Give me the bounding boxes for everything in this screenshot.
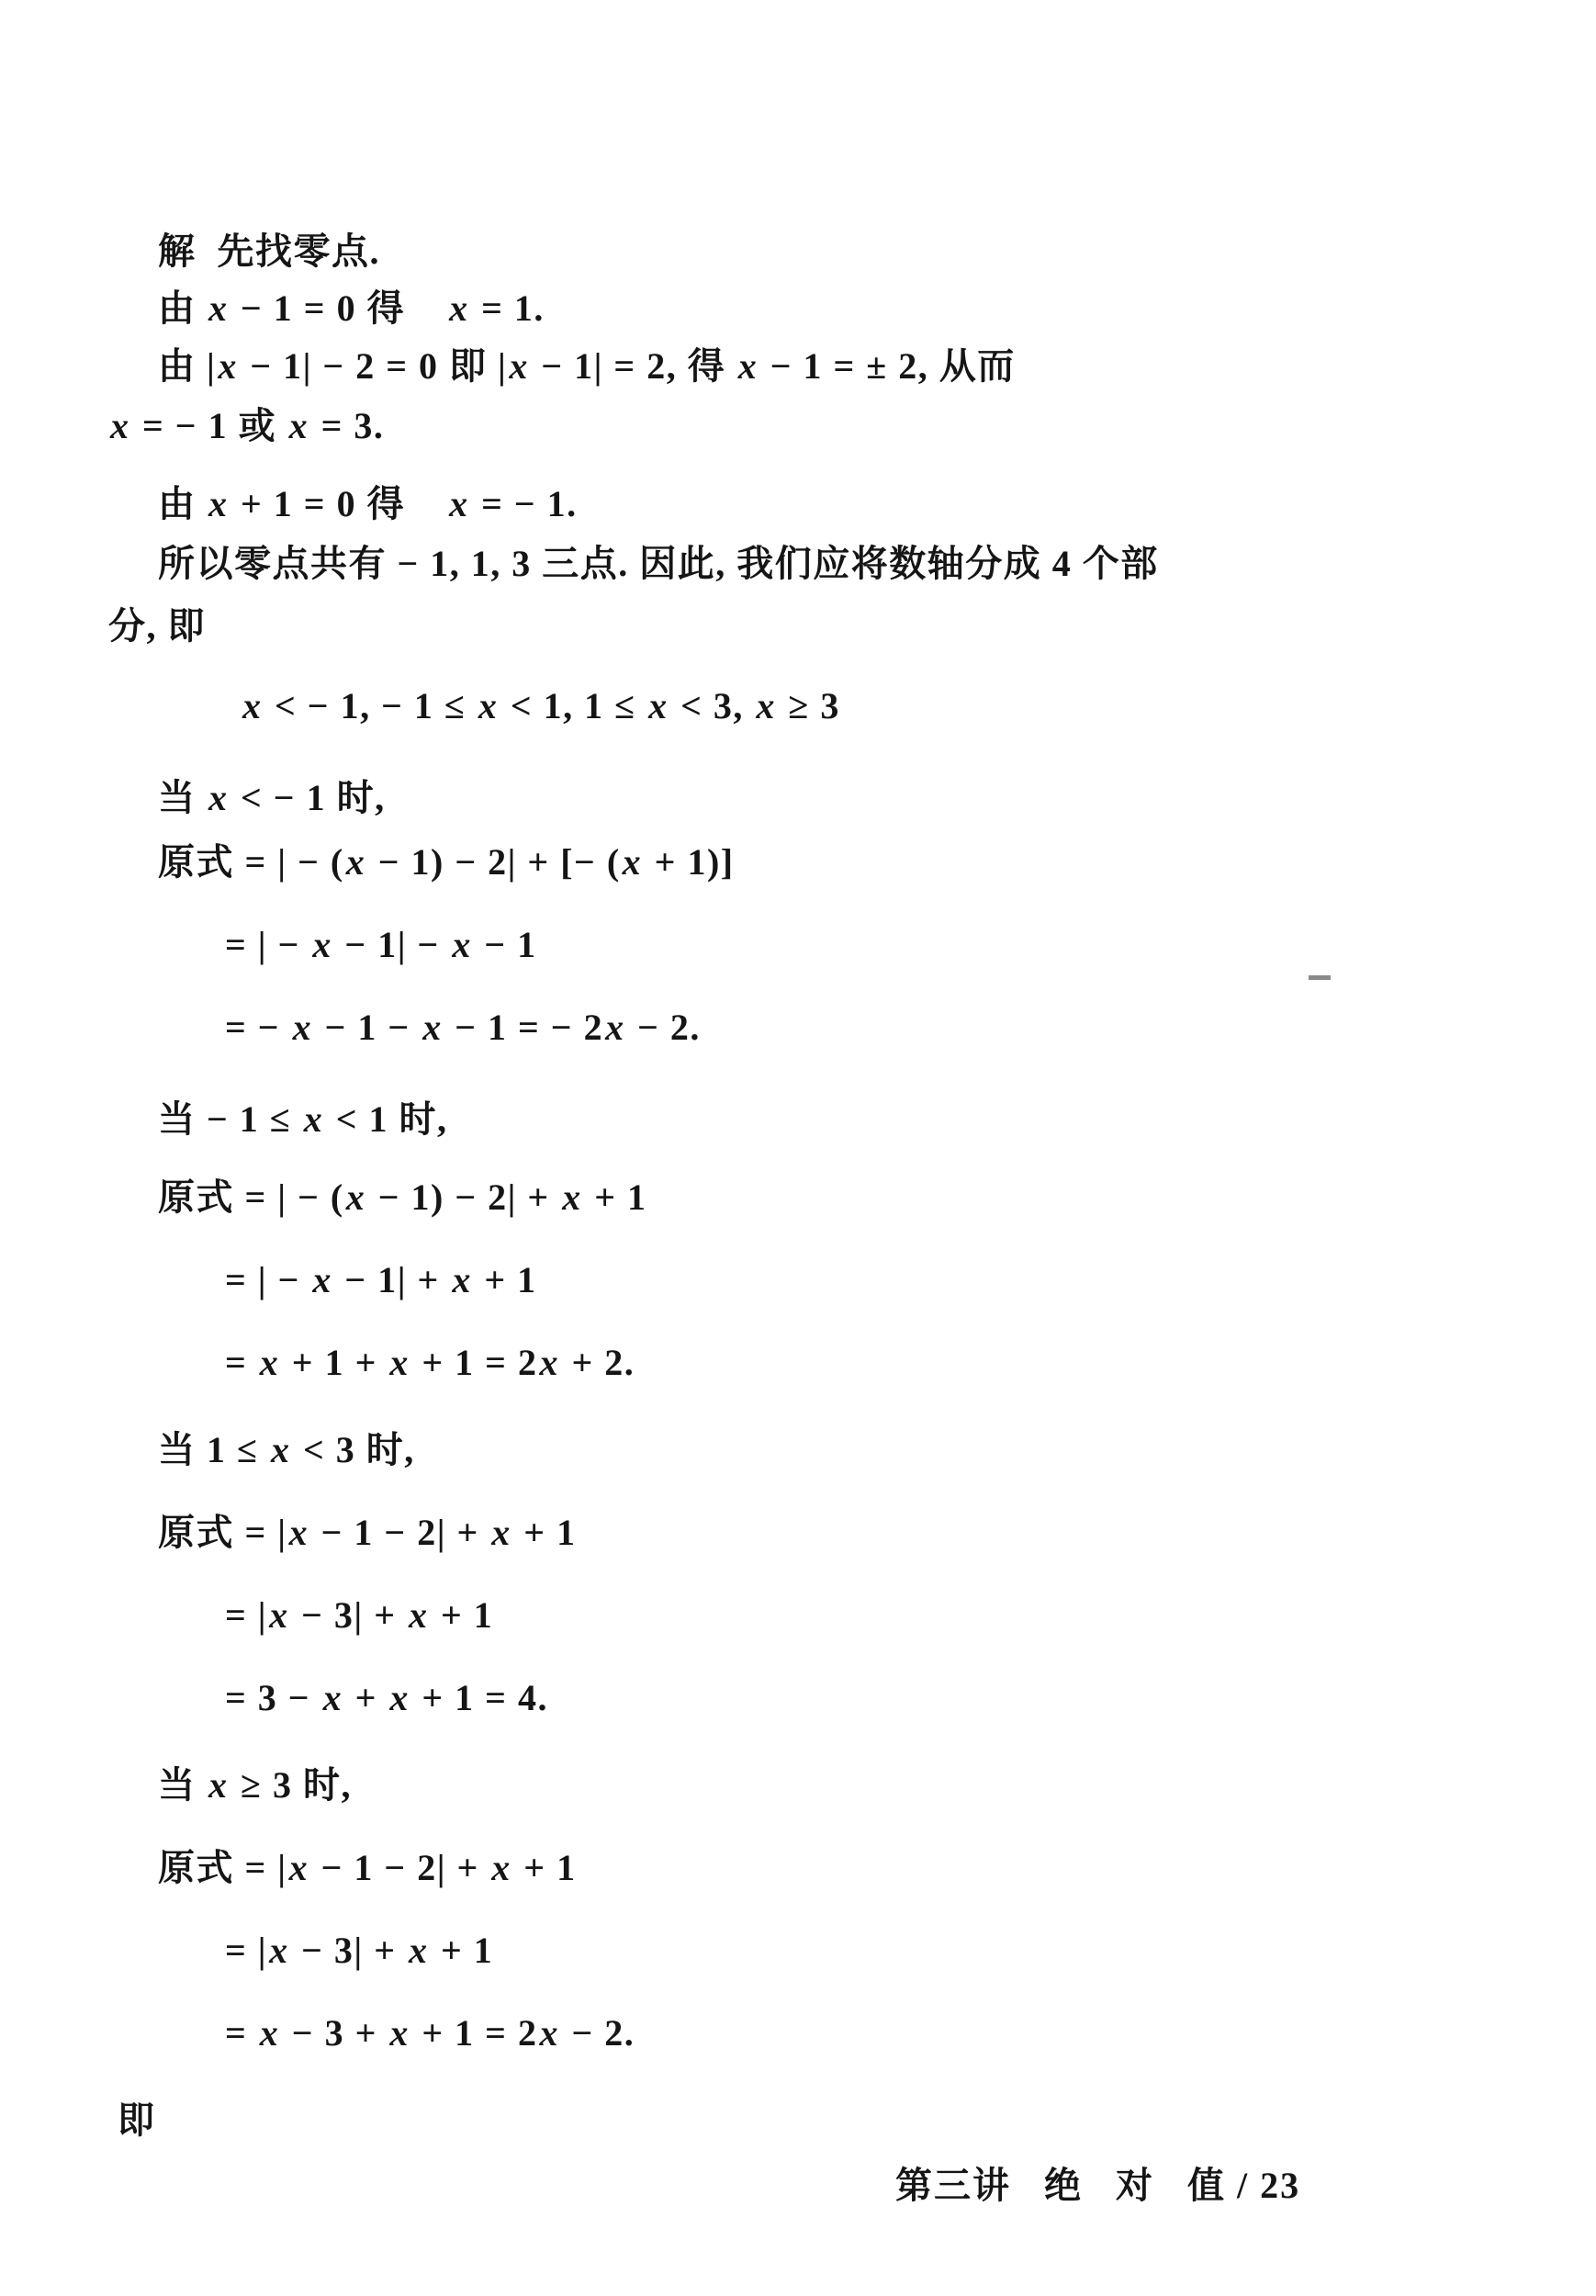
scan-artifact-mark [1309,975,1331,980]
footer-chapter-label: 第三讲 [895,2165,1011,2206]
footer-section-title: 绝 对 值 [1044,2165,1226,2206]
text-line: x = − 1 或 x = 3. [108,404,384,448]
text-line: = | − x − 1| − x − 1 [225,923,537,967]
text-line: = − x − 1 − x − 1 = − 2x − 2. [225,1006,701,1050]
text-line: 当 1 ≤ x < 3 时, [158,1428,415,1472]
text-line: 所以零点共有 − 1, 1, 3 三点. 因此, 我们应将数轴分成 4 个部 [158,542,1159,586]
text-line: 由 x + 1 = 0 得 x = − 1. [158,482,578,526]
text-line: 原式 = | − (x − 1) − 2| + x + 1 [158,1176,647,1220]
scanned-page: 解 先找零点.由 x − 1 = 0 得 x = 1.由 |x − 1| − 2… [0,0,1596,2296]
footer: 第三讲 绝 对 值 / 23 [895,2156,1300,2209]
text-line: x < − 1, − 1 ≤ x < 1, 1 ≤ x < 3, x ≥ 3 [241,684,840,728]
text-line: 当 x ≥ 3 时, [158,1763,352,1807]
footer-spacer [1011,2165,1044,2206]
text-line: = x + 1 + x + 1 = 2x + 2. [225,1341,635,1385]
text-line: 原式 = | − (x − 1) − 2| + [− (x + 1)] [158,840,735,884]
text-line: 分, 即 [108,604,206,648]
text-line: = |x − 3| + x + 1 [225,1929,493,1973]
text-line: 由 x − 1 = 0 得 x = 1. [158,287,545,331]
text-line: = |x − 3| + x + 1 [225,1593,493,1638]
text-line: 解 先找零点. [158,230,380,274]
text-line: 即 [118,2099,156,2143]
text-line: 原式 = |x − 1 − 2| + x + 1 [158,1511,577,1555]
footer-separator: / [1226,2165,1260,2206]
text-line: 当 x < − 1 时, [158,776,386,820]
text-line: 原式 = |x − 1 − 2| + x + 1 [158,1846,577,1890]
text-line: 由 |x − 1| − 2 = 0 即 |x − 1| = 2, 得 x − 1… [158,344,1016,388]
text-line: = x − 3 + x + 1 = 2x − 2. [225,2011,635,2055]
text-line: = 3 − x + x + 1 = 4. [225,1676,548,1720]
footer-page-number: 23 [1260,2165,1300,2206]
text-line: = | − x − 1| + x + 1 [225,1258,537,1302]
text-line: 当 − 1 ≤ x < 1 时, [158,1097,448,1142]
